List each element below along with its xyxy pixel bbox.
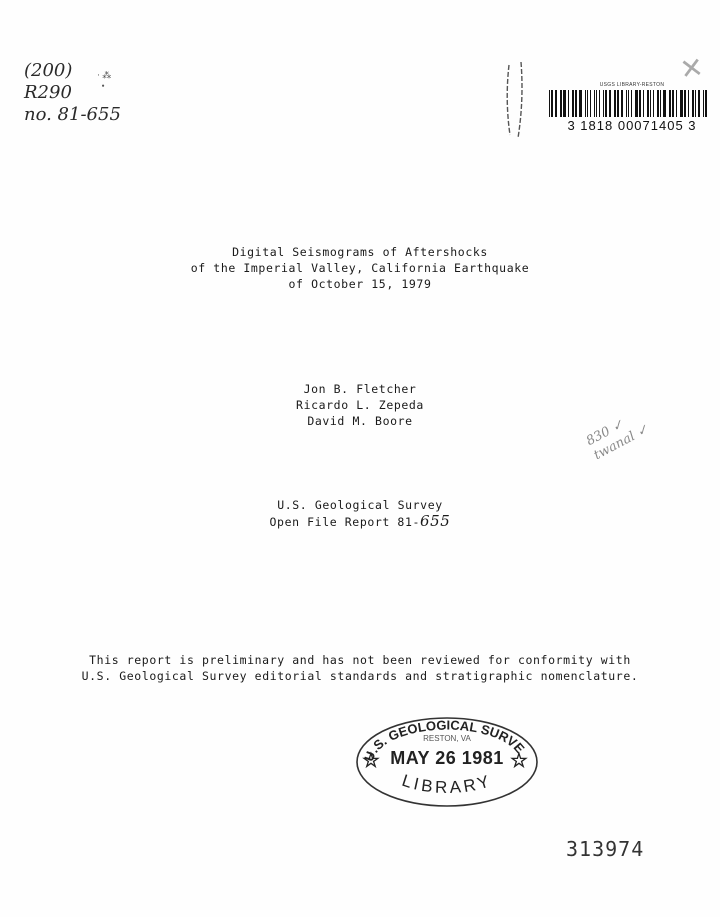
report-number-handwritten: 655: [420, 512, 450, 530]
agency-name: U.S. Geological Survey: [0, 497, 720, 513]
title-line: of the Imperial Valley, California Earth…: [0, 260, 720, 276]
document-title: Digital Seismograms of Aftershocks of th…: [0, 244, 720, 292]
publisher-block: U.S. Geological Survey Open File Report …: [0, 497, 720, 530]
stamp-location: RESTON, VA: [352, 734, 542, 743]
barcode-number: 3 1818 00071405 3: [549, 118, 715, 133]
document-page: (200) R290 no. 81-655 · ⁂ • USGS LIBRARY…: [0, 0, 720, 917]
barcode-bars: [549, 90, 715, 117]
report-prefix: Open File Report 81-: [270, 515, 420, 529]
handwritten-line: no. 81-655: [24, 104, 121, 126]
ink-specks: · ⁂ •: [97, 70, 111, 91]
author-name: Jon B. Fletcher: [0, 381, 720, 397]
svg-text:LIBRARY: LIBRARY: [400, 771, 495, 797]
pencil-bracket-marks: [500, 60, 530, 140]
report-number: Open File Report 81-655: [0, 513, 720, 530]
disclaimer: This report is preliminary and has not b…: [0, 652, 720, 684]
author-name: Ricardo L. Zepeda: [0, 397, 720, 413]
title-line: Digital Seismograms of Aftershocks: [0, 244, 720, 260]
pencil-x-mark: ✕: [678, 51, 706, 87]
library-barcode: USGS LIBRARY-RESTON 3 1818 00071405 3: [549, 82, 715, 133]
disclaimer-line: U.S. Geological Survey editorial standar…: [0, 668, 720, 684]
library-received-stamp: U.S. GEOLOGICAL SURVEY LIBRARY RESTON, V…: [352, 714, 542, 810]
accession-number: 313974: [566, 837, 644, 861]
title-line: of October 15, 1979: [0, 276, 720, 292]
star-icon: ☆: [510, 748, 528, 773]
disclaimer-line: This report is preliminary and has not b…: [0, 652, 720, 668]
